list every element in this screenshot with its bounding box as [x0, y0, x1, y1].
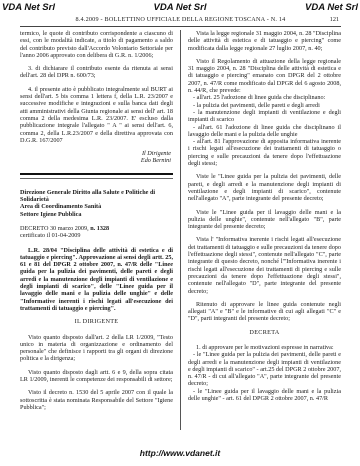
footer-url: http://www.vdanet.it — [0, 448, 360, 458]
decree-subject: L.R. 28/04 "Disciplina delle attività di… — [20, 247, 173, 313]
paragraph-ritenuto: Ritenuto di approvare le linee guida con… — [188, 301, 341, 323]
paragraph-item-3: 3. di dichiarare il contributo esente da… — [20, 65, 173, 80]
list-item-pulizia: - la pulizia dei pavimenti, delle pareti… — [188, 102, 341, 109]
list-item-art25: - all'art. 25 l'adozione di linee guida … — [188, 94, 341, 101]
list-item-art81: - all'art. 81 l'approvazione di apposita… — [188, 138, 341, 167]
decree-reference: DECRETO 30 marzo 2009, n. 1328 certifica… — [20, 225, 173, 240]
department-title: Direzione Generale Diritto alla Salute e… — [20, 189, 173, 204]
watermark-center: VDA Net Srl — [154, 2, 207, 13]
left-column: termico, le quote di contributo corrispo… — [20, 30, 173, 434]
page-number: 121 — [330, 16, 339, 23]
list-item-art61: - all'art. 61 l'adozione di linee guida … — [188, 124, 341, 139]
watermark-left: VDA Net Srl — [2, 2, 55, 13]
role-heading: IL DIRIGENTE — [20, 318, 173, 325]
page-header: 8.4.2009 - BOLLETTINO UFFICIALE DELLA RE… — [20, 16, 341, 25]
decree-certified-date: certificato il 01-04-2009 — [20, 232, 173, 239]
watermark-row: VDA Net Srl VDA Net Srl VDA Net Srl — [0, 2, 360, 13]
list-item-linee-guida-a: - le "Linee guida per la pulizia dei pav… — [188, 351, 341, 387]
paragraph-viste-allegato-a: Viste le "Linee guida per la pulizia dei… — [188, 173, 341, 202]
decree-date: DECRETO 30 marzo 2009, — [20, 225, 90, 232]
right-column: Vista la legge regionale 31 maggio 2004,… — [188, 30, 341, 434]
two-column-body: termico, le quote di contributo corrispo… — [20, 30, 341, 434]
list-item-linee-guida-b: - le "Linee guida per il lavaggio delle … — [188, 388, 341, 403]
department-area: Area di Coordinamento Sanità — [20, 203, 173, 210]
paragraph-visto-regolamento: Visto il Regolamento di attuazione della… — [188, 58, 341, 94]
paragraph-viste-allegato-b: Viste le "Linee guida per il lavaggio de… — [188, 209, 341, 231]
signature-name: Edo Bernini — [20, 157, 171, 164]
paragraph-visto-3: Visto il decreto n. 1530 del 5 aprile 20… — [20, 389, 173, 411]
decreta-heading: DECRETA — [188, 329, 341, 336]
watermark-right: VDA Net Srl — [305, 2, 358, 13]
list-item-manutenzione: - la manutenzione degli impianti di vent… — [188, 109, 341, 124]
paragraph-item-4: 4. il presente atto è pubblicato integra… — [20, 86, 173, 144]
header-rule — [20, 26, 341, 27]
signature-block: Il Dirigente Edo Bernini — [20, 150, 171, 165]
department-heading: Direzione Generale Diritto alla Salute e… — [20, 189, 173, 218]
column-divider — [180, 30, 181, 430]
paragraph-visto-2: Visto quanto disposto dagli artt. 6 e 9,… — [20, 369, 173, 384]
bulletin-page: VDA Net Srl VDA Net Srl VDA Net Srl 8.4.… — [0, 0, 360, 466]
signature-role: Il Dirigente — [20, 150, 171, 157]
paragraph-visto-1: Visto quanto disposto dall'art. 2 della … — [20, 334, 173, 363]
paragraph-continuation: termico, le quote di contributo corrispo… — [20, 30, 173, 59]
bulletin-title: 8.4.2009 - BOLLETTINO UFFICIALE DELLA RE… — [20, 16, 341, 23]
section-divider — [20, 173, 173, 179]
paragraph-vista-informativa: Vista l' "Informativa inerente i rischi … — [188, 236, 341, 294]
paragraph-vista-legge: Vista la legge regionale 31 maggio 2004,… — [188, 30, 341, 52]
department-sector: Settore Igiene Pubblica — [20, 211, 173, 218]
decree-number: n. 1328 — [90, 225, 109, 232]
paragraph-di-approvare: 1. di approvare per le motivazioni espre… — [188, 344, 341, 351]
